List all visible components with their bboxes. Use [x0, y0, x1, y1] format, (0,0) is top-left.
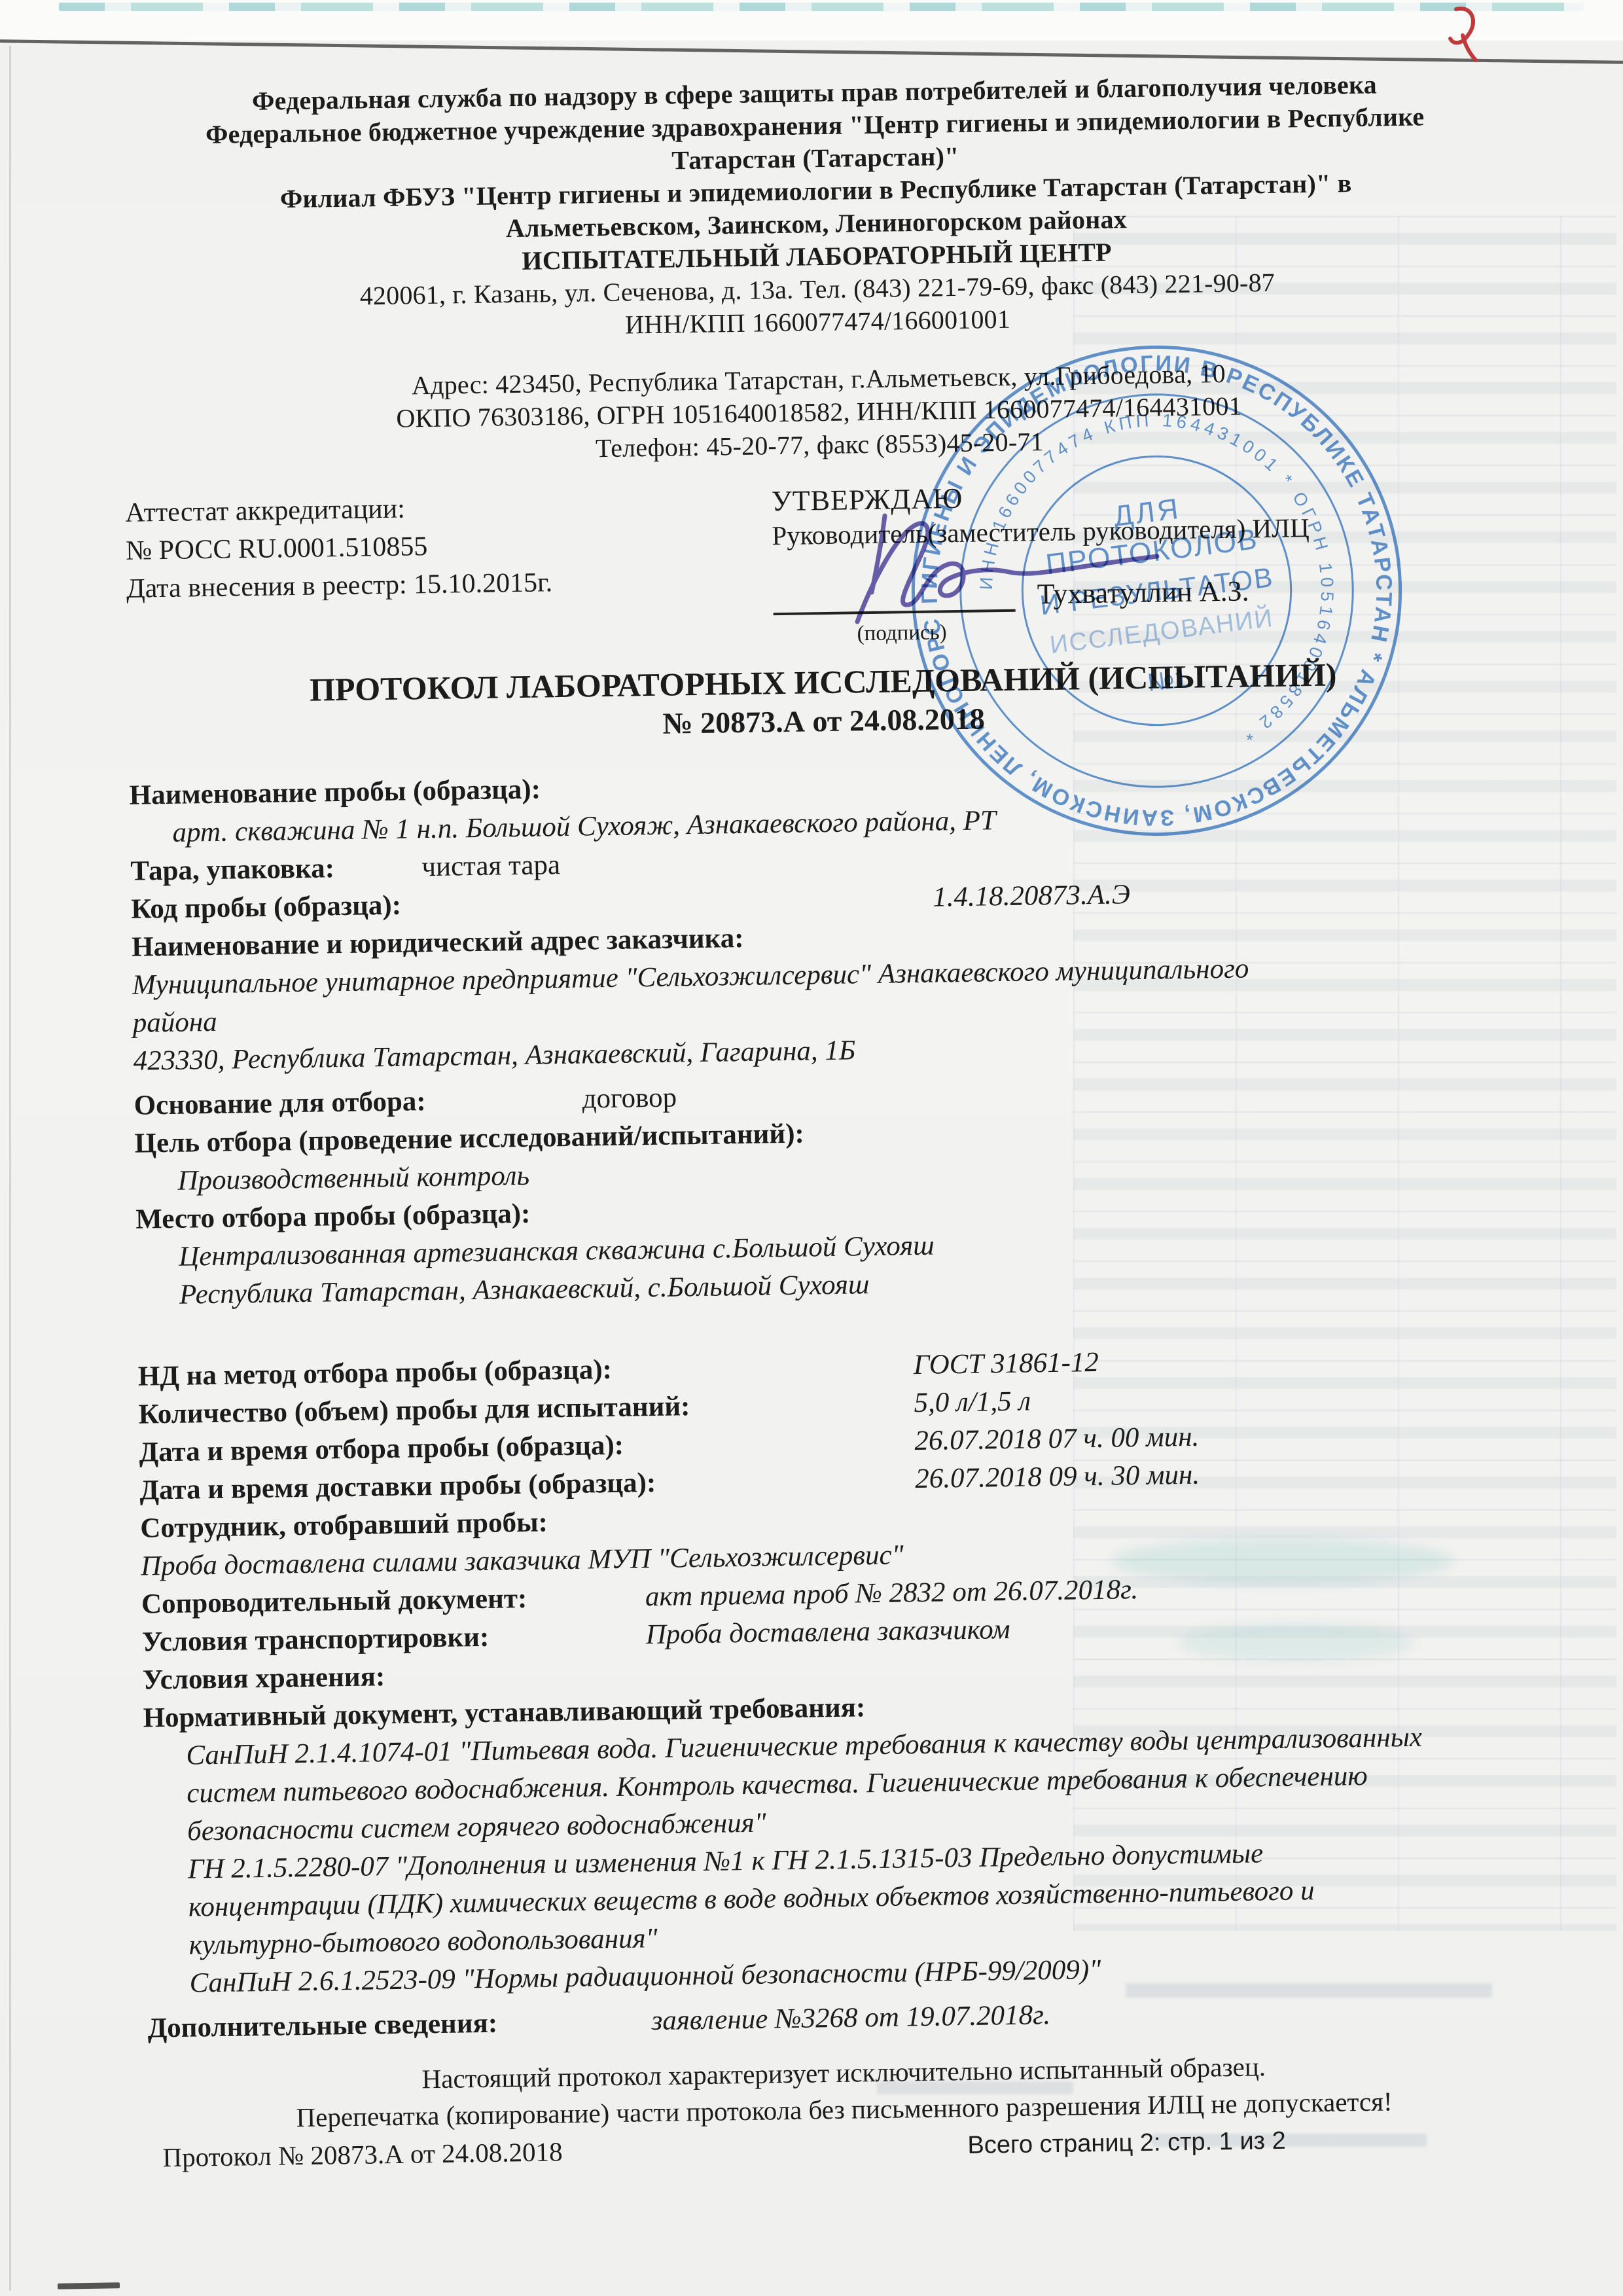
label: Место отбора пробы (образца):	[135, 1198, 531, 1235]
value: 26.07.2018 09 ч. 30 мин.	[915, 1456, 1200, 1498]
label: Дата и время отбора пробы (образца):	[139, 1430, 624, 1468]
label: Код пробы (образца):	[131, 890, 401, 925]
label: Тара, упаковка:	[130, 853, 334, 887]
value: ГОСТ 31861-12	[913, 1344, 1099, 1384]
label: Дополнительные сведения:	[147, 2008, 497, 2044]
label: Сопроводительный документ:	[141, 1583, 527, 1620]
value: 5,0 л/1,5 л	[914, 1382, 1031, 1422]
normative-doc-1: СанПиН 2.1.4.1074-01 "Питьевая вода. Гиг…	[143, 1719, 1431, 1852]
value: чистая тара	[421, 846, 560, 886]
footer-block: Настоящий протокол характеризует исключи…	[148, 2044, 1540, 2176]
protocol-fields: Наименование пробы (образца): арт. скваж…	[129, 756, 1539, 2047]
value: заявление №3268 от 19.07.2018г.	[651, 1996, 1050, 2040]
value: 26.07.2018 07 ч. 00 мин.	[914, 1418, 1200, 1460]
label: Количество (объем) пробы для испытаний:	[138, 1391, 690, 1429]
stamp-center-line-5: №1	[1146, 664, 1190, 697]
label: Наименование и юридический адрес заказчи…	[132, 923, 744, 963]
signature	[844, 504, 1198, 668]
label: Дата и время доставки пробы (образца):	[139, 1467, 656, 1506]
footer-protocol-ref: Протокол № 20873.А от 24.08.2018	[162, 2133, 563, 2176]
scanned-document-page: Федеральная служба по надзору в сфере за…	[0, 0, 1623, 2296]
label: Наименование пробы (образца):	[129, 774, 541, 810]
footer-page-count: Всего страниц 2: стр. 1 из 2	[967, 2123, 1286, 2164]
label: Сотрудник, отобравший пробы:	[140, 1507, 548, 1543]
label: НД на метод отбора пробы (образца):	[138, 1354, 613, 1392]
label: Цель отбора (проведение исследований/исп…	[134, 1119, 804, 1159]
normative-doc-2: ГН 2.1.5.2280-07 "Дополнения и изменения…	[145, 1832, 1433, 1965]
label: Основание для отбора:	[134, 1086, 426, 1121]
label: Нормативный документ, устанавливающий тр…	[143, 1692, 865, 1733]
accreditation-block: Аттестат аккредитации: № РОСС RU.0001.51…	[125, 484, 767, 661]
label: Условия хранения:	[142, 1661, 385, 1695]
value: Проба доставлена заказчиком	[645, 1611, 1010, 1654]
scan-bottom-edge-mark	[58, 2282, 120, 2289]
label: Условия транспортировки:	[142, 1622, 490, 1658]
value: договор	[582, 1079, 677, 1118]
